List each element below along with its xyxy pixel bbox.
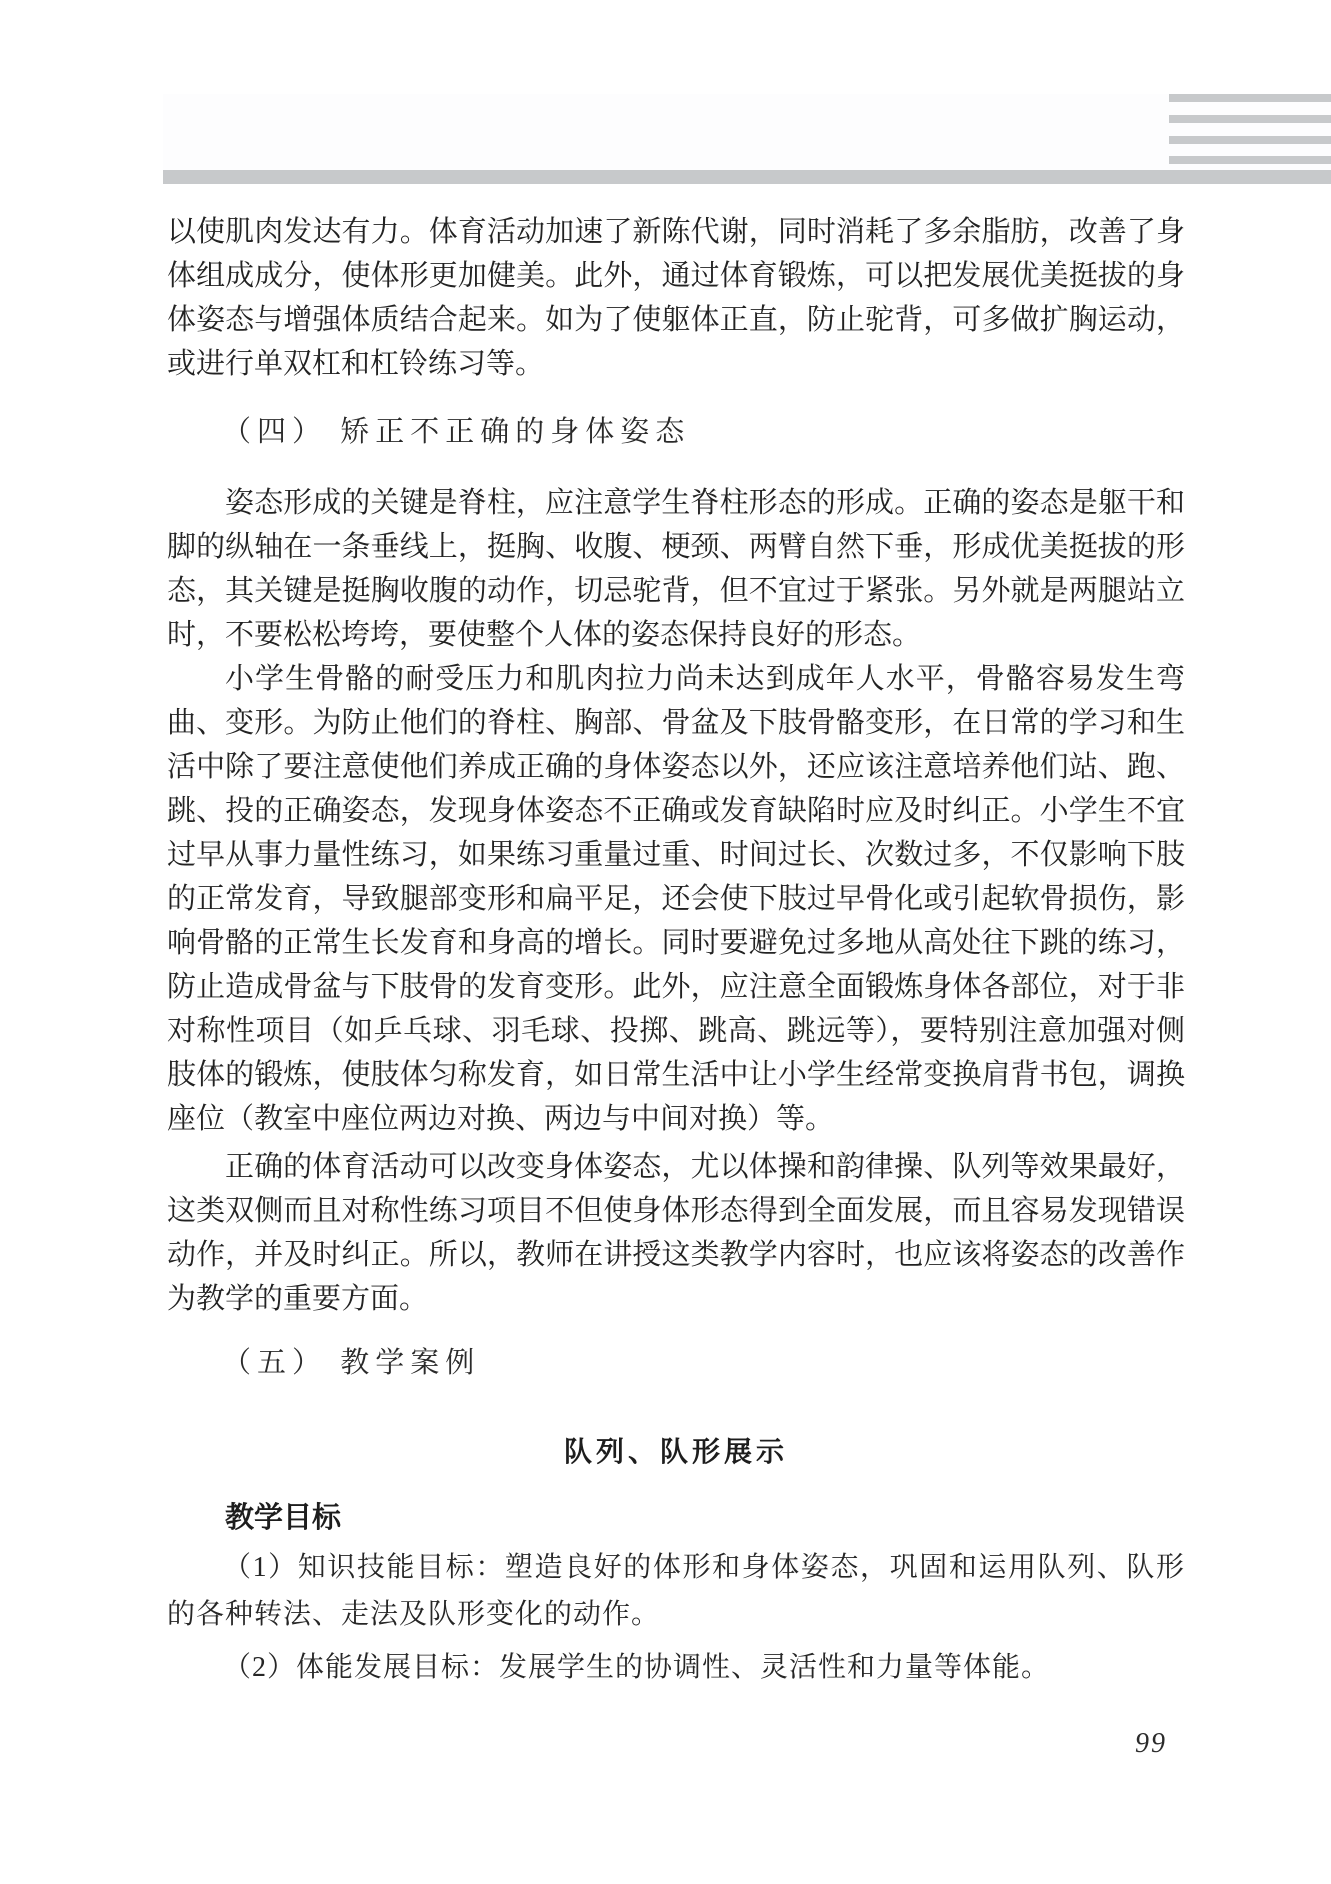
header-stripe [1169, 156, 1331, 164]
case-item: （2）体能发展目标：发展学生的协调性、灵活性和力量等体能。 [167, 1644, 1185, 1691]
case-subheading: 教学目标 [167, 1496, 1185, 1540]
case-title: 队列、队形展示 [167, 1431, 1185, 1475]
page-number: 99 [1135, 1728, 1167, 1760]
case-item: （1）知识技能目标：塑造良好的体形和身体姿态，巩固和运用队列、队形的各种转法、走… [167, 1544, 1185, 1638]
section-heading-4: （四） 矫正不正确的身体姿态 [167, 410, 1185, 454]
header-stripe [1169, 115, 1331, 123]
paragraph: 小学生骨骼的耐受压力和肌肉拉力尚未达到成年人水平，骨骼容易发生弯曲、变形。为防止… [167, 657, 1185, 1141]
text-column: 以使肌肉发达有力。体育活动加速了新陈代谢，同时消耗了多余脂肪，改善了身体组成成分… [167, 210, 1185, 1691]
paragraph: 正确的体育活动可以改变身体姿态，尤以体操和韵律操、队列等效果最好，这类双侧而且对… [167, 1145, 1185, 1321]
paragraph: 姿态形成的关键是脊柱，应注意学生脊柱形态的形成。正确的姿态是躯干和脚的纵轴在一条… [167, 481, 1185, 657]
header-rule-bar [163, 170, 1331, 184]
header-stripe [1169, 136, 1331, 144]
paragraph-continuation: 以使肌肉发达有力。体育活动加速了新陈代谢，同时消耗了多余脂肪，改善了身体组成成分… [167, 210, 1185, 386]
header-stripe [1169, 94, 1331, 102]
header-band [163, 94, 1331, 170]
section-heading-5: （五） 教学案例 [167, 1341, 1185, 1385]
